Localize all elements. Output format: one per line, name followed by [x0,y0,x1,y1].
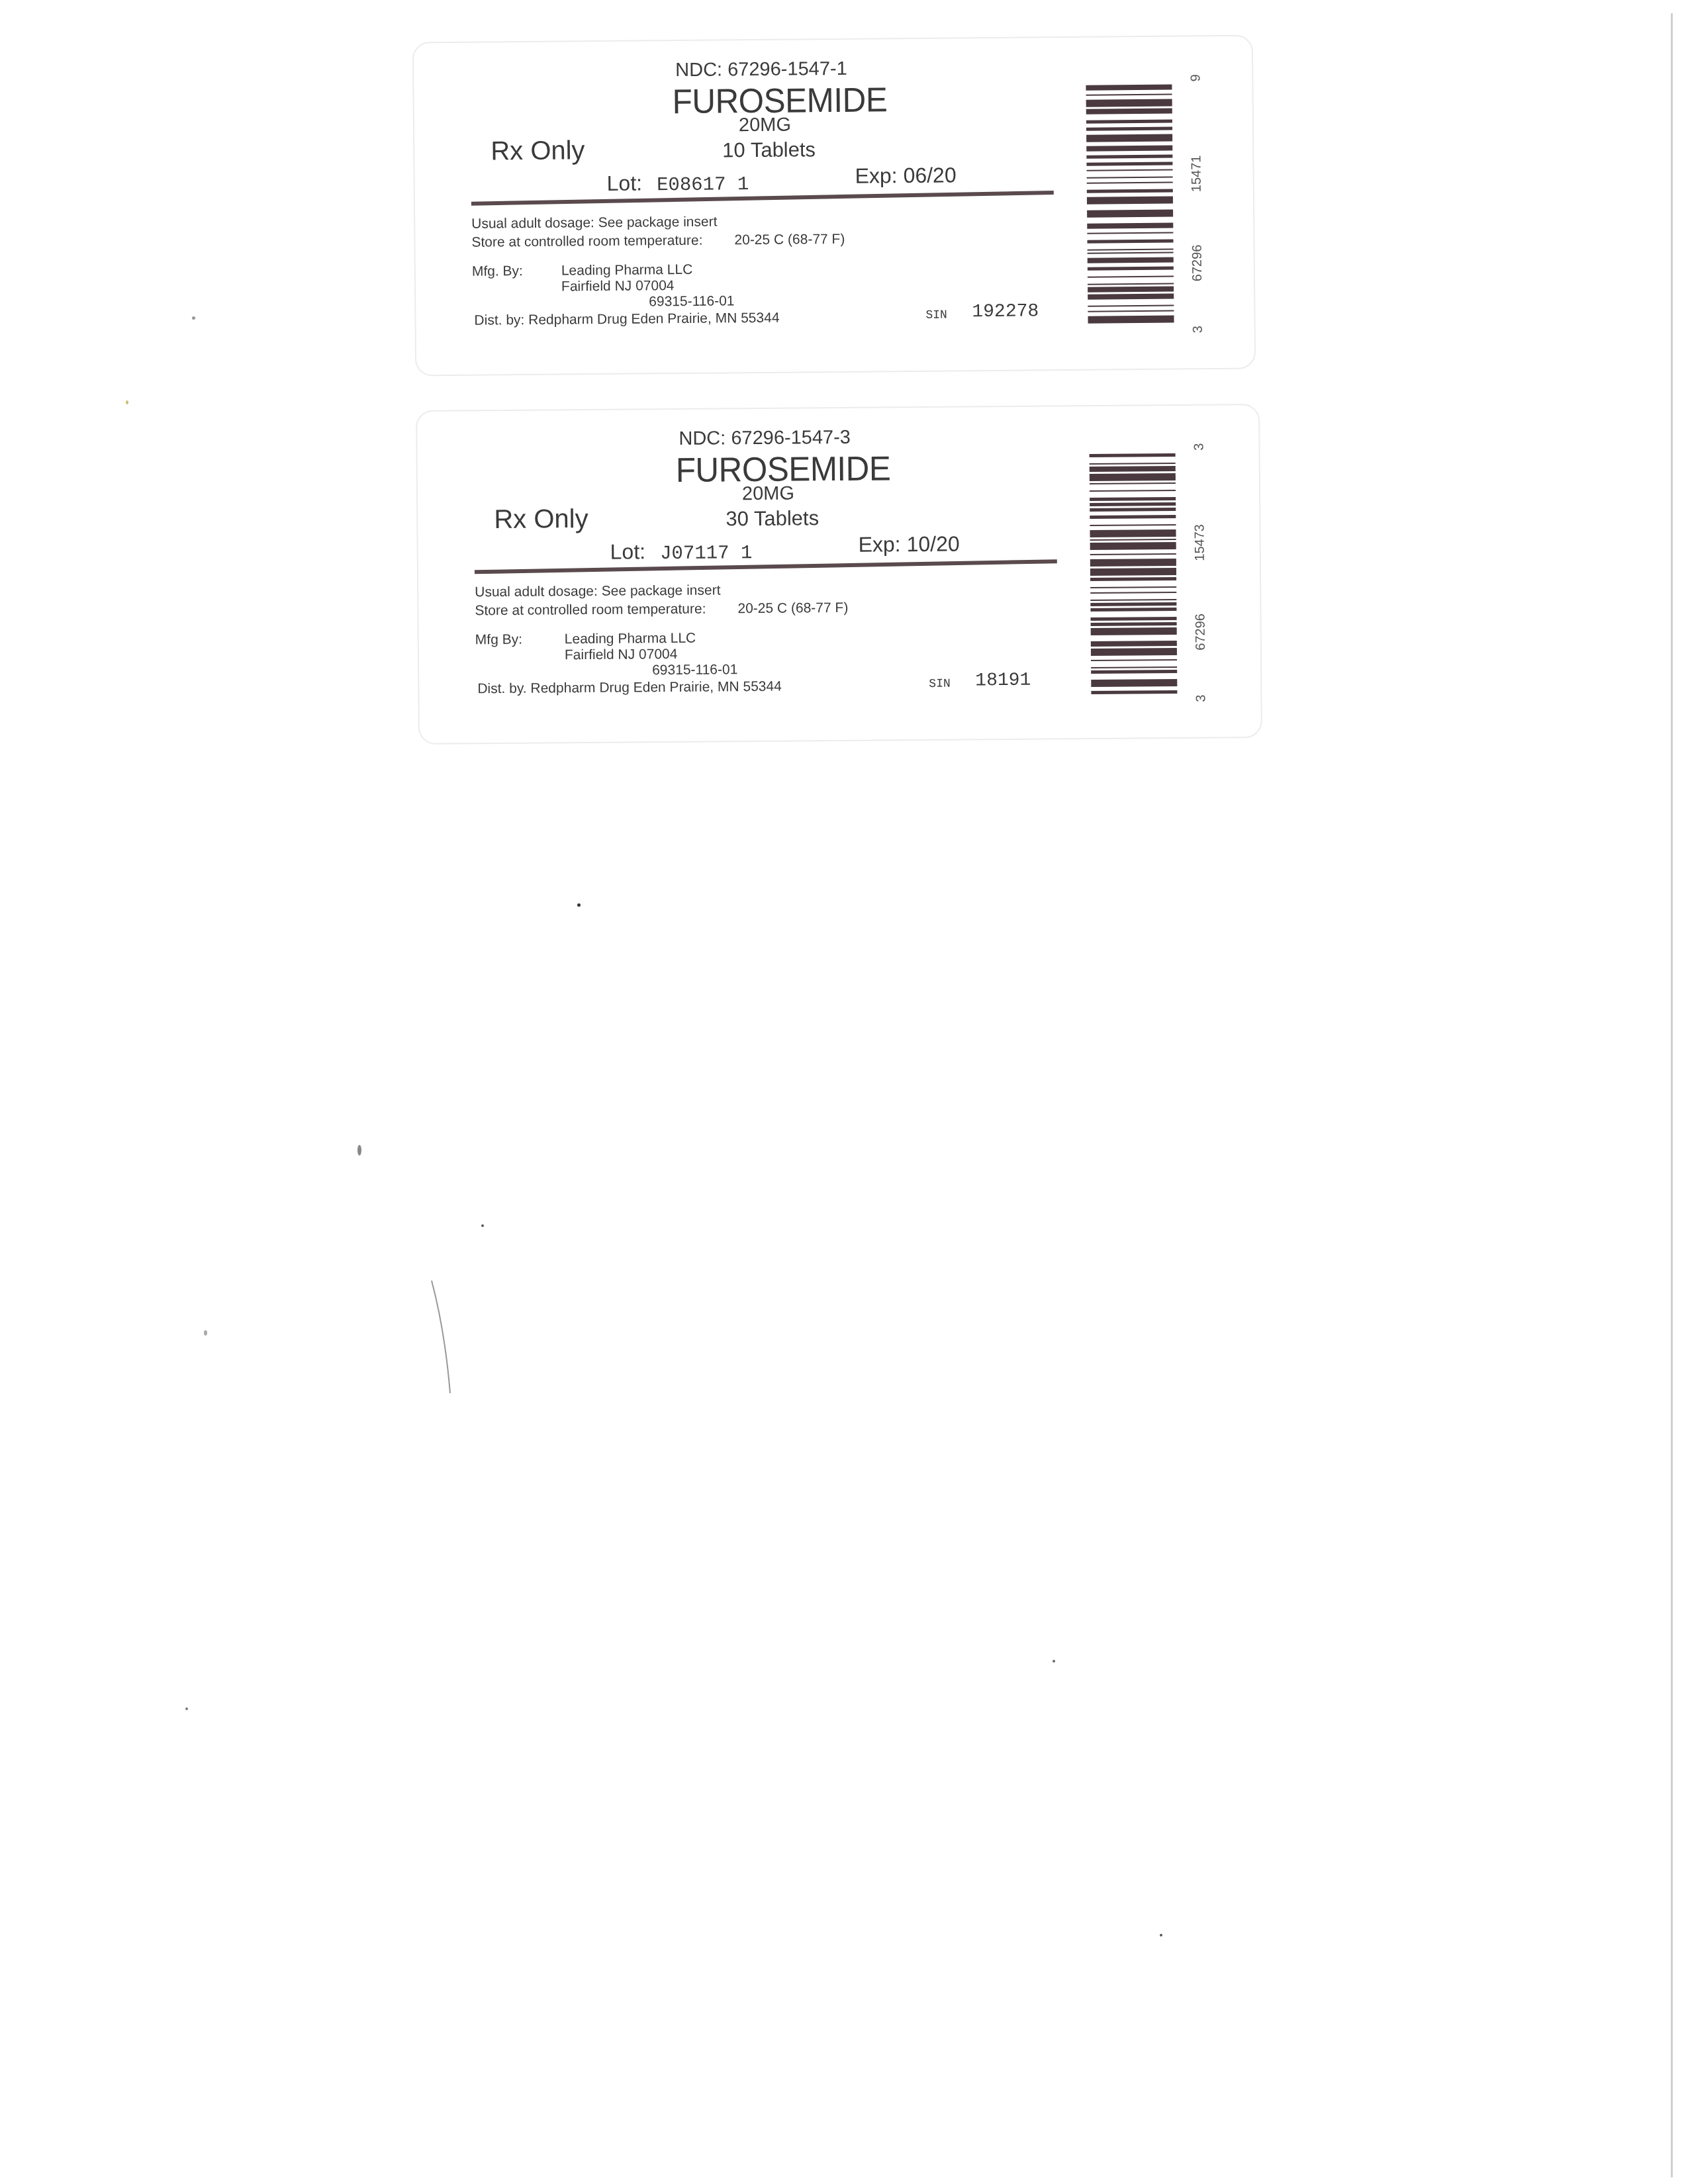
sin-label: SIN [925,309,947,322]
barcode-bar [1087,169,1173,171]
barcode-bar [1087,189,1173,193]
barcode-digits: 3 67296 15473 3 [1192,432,1220,709]
barcode-bar [1087,182,1173,184]
barcode-bar [1090,553,1176,555]
scan-speck [204,1330,207,1336]
barcode-bar [1090,453,1176,457]
barcode-bar [1088,287,1174,293]
dosage-note: Usual adult dosage: See package insert [475,582,720,600]
barcode-bar [1088,305,1174,307]
expiration-date: Exp: 06/20 [855,163,956,188]
drug-strength: 20MG [739,114,791,137]
barcode-bar [1091,622,1177,626]
barcode-bar [1088,283,1174,285]
mfg-name: Leading Pharma LLC [561,262,693,279]
expiration-date: Exp: 10/20 [859,532,960,557]
barcode-bar [1090,602,1176,606]
lot-number: Lot:E08617 1 [607,170,749,197]
storage-label: Store at controlled room temperature: [475,602,706,619]
barcode-bar [1090,599,1176,601]
barcode-bar [1087,177,1173,179]
barcode-digit: 15473 [1192,524,1207,561]
scan-hair-artifact [424,1277,457,1396]
barcode-bar [1088,252,1174,254]
barcode-bar [1090,586,1176,588]
barcode-bar [1088,257,1174,263]
barcode-bar [1087,240,1173,244]
barcode-digits: 3 67296 15471 9 [1188,63,1217,341]
storage-temp: 20-25 C (68-77 F) [734,232,845,248]
mfg-label: Mfg By: [475,632,522,649]
barcode-bar [1090,577,1176,581]
barcode-bar [1091,679,1177,687]
mfg-city: Fairfield NJ 07004 [561,278,675,295]
scan-speck [185,1707,188,1710]
barcode-bar [1090,542,1176,550]
barcode-bar [1091,648,1177,656]
tablet-count: 10 Tablets [722,138,816,162]
drug-strength: 20MG [742,483,794,506]
sin-label: SIN [929,678,951,691]
barcode-bar [1086,134,1172,142]
ndc-number: NDC: 67296-1547-3 [679,427,851,450]
barcode-bar [1091,659,1177,661]
barcode-bar [1090,473,1176,481]
scan-speck [1160,1934,1162,1936]
lot-number: Lot:J07117 1 [610,539,753,565]
ndc-number: NDC: 67296-1547-1 [675,58,847,81]
barcode-digit: 3 [1194,694,1209,702]
barcode-bar [1086,99,1172,107]
storage-note: Store at controlled room temperature:20-… [475,600,848,619]
divider-rule [475,559,1057,574]
dosage-note: Usual adult dosage: See package insert [471,214,717,232]
barcode-bar [1087,223,1173,229]
barcode-bar [1090,463,1176,465]
barcode-bar [1090,482,1176,484]
storage-temp: 20-25 C (68-77 F) [737,600,848,616]
barcode-digit: 9 [1188,74,1203,81]
tablet-count: 30 Tablets [726,506,819,531]
scan-speck [126,400,128,404]
distributor: Dist. by: Redpharm Drug Eden Prairie, MN… [474,310,779,329]
barcode-bar [1086,146,1172,152]
barcode-bar [1090,608,1176,612]
mfg-name: Leading Pharma LLC [565,631,696,648]
sin-value: 18191 [975,670,1031,692]
barcode-bar [1090,466,1176,472]
barcode-bar [1088,267,1174,271]
lot-value: J07117 1 [660,542,752,565]
barcode-bar [1086,94,1172,96]
barcode-digit: 3 [1192,443,1207,451]
barcode-bar [1086,127,1172,131]
barcode-bar [1087,232,1173,234]
barcode-bar [1088,294,1174,300]
barcode-bar [1091,617,1177,621]
barcode-digit: 67296 [1193,614,1208,651]
barcode-bar [1090,592,1176,594]
barcode-bar [1090,539,1176,541]
barcode-digit: 3 [1191,326,1206,333]
storage-note: Store at controlled room temperature:20-… [471,232,845,251]
scan-speck [357,1145,361,1156]
barcode-digit: 67296 [1190,244,1205,281]
barcode-bar [1090,524,1176,526]
barcode-bar [1086,162,1172,166]
barcode-bar [1090,508,1176,512]
barcode-digit: 15471 [1189,155,1204,192]
pharmacy-label-2: NDC: 67296-1547-3 FUROSEMIDE 20MG Rx Onl… [416,404,1262,745]
pharmacy-label-1: NDC: 67296-1547-1 FUROSEMIDE 20MG Rx Onl… [412,34,1256,376]
barcode-bar [1091,627,1177,635]
barcode-bar [1090,529,1176,537]
barcode-bar [1091,690,1177,694]
lot-value: E08617 1 [657,173,749,196]
barcode-bar [1088,276,1174,278]
barcode-bar [1090,502,1176,506]
lot-label: Lot: [610,539,646,563]
storage-label: Store at controlled room temperature: [471,233,702,250]
barcode-bar [1090,497,1176,501]
scan-speck [481,1224,484,1227]
lot-label: Lot: [607,171,643,195]
barcode-bar [1088,310,1174,312]
barcode-bar [1086,109,1172,114]
barcode-bar [1091,641,1177,647]
barcode-bar [1087,197,1173,205]
scan-speck [1053,1660,1055,1662]
barcode-bar [1090,568,1176,576]
barcode-bar [1087,210,1173,218]
scan-speck [577,903,581,907]
divider-rule [471,191,1054,206]
barcode-bar [1088,316,1174,324]
barcode-bar [1090,490,1176,492]
mfg-city: Fairfield NJ 07004 [565,647,678,663]
barcode [1090,453,1178,699]
barcode-bar [1088,249,1174,251]
distributor: Dist. by. Redpharm Drug Eden Prairie, MN… [477,679,782,698]
mfg-label: Mfg. By: [472,263,523,280]
barcode-bar [1091,670,1177,674]
barcode-bar [1090,515,1176,519]
rx-only: Rx Only [494,504,588,535]
mfg-code: 69315-116-01 [649,293,734,310]
rx-only: Rx Only [491,136,585,166]
mfg-code: 69315-116-01 [652,662,737,678]
barcode-bar [1086,120,1172,124]
barcode-bar [1086,155,1172,159]
barcode-bar [1086,85,1172,91]
barcode-bar [1091,666,1177,668]
barcode-bar [1090,559,1176,567]
scan-page-edge [1671,13,1673,2177]
scan-speck [192,316,195,320]
sin-value: 192278 [972,301,1039,322]
barcode [1086,85,1174,330]
